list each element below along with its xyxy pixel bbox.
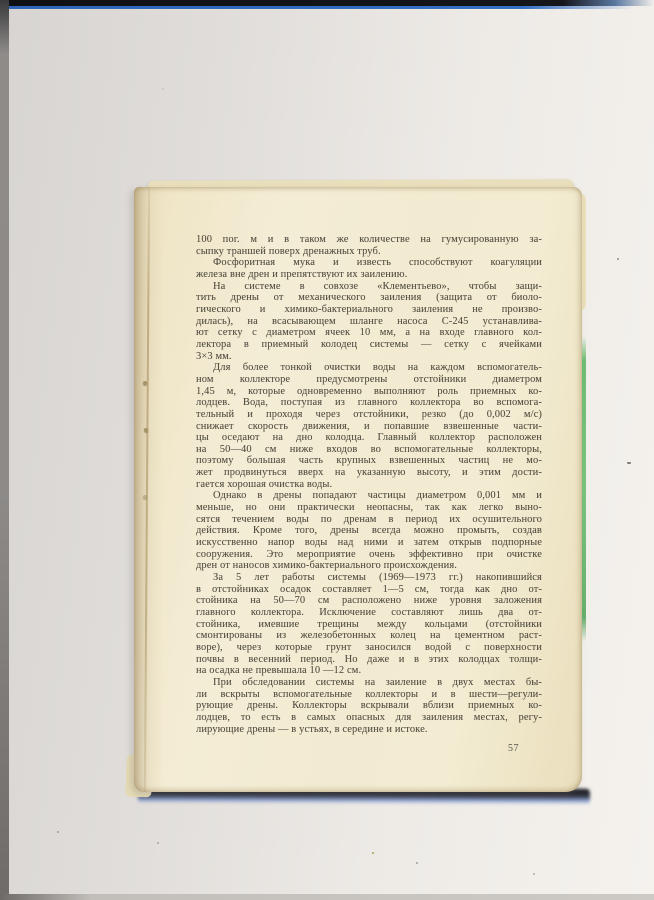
text-line: лодцев. Вода, поступая из главного колле… — [196, 397, 542, 409]
text-line: Фосфоритная мука и известь способствуют … — [196, 257, 542, 269]
dust-speck — [57, 831, 59, 833]
text-line: тельный и проходя через отстойники, резк… — [196, 409, 542, 421]
text-line: На системе в совхозе «Клементьево», чтоб… — [196, 281, 542, 293]
text-line: стойника на 50—70 см расположено ниже ур… — [196, 595, 542, 607]
text-line: смонтированы из железобетонных колец на … — [196, 630, 542, 642]
text-line: жет продвинуться вверх на указанную высо… — [196, 467, 542, 479]
text-line: За 5 лет работы системы (1969—1973 гг.) … — [196, 572, 542, 584]
text-line: 100 пог. м и в таком же количестве на гу… — [196, 234, 542, 246]
text-line: главного коллектора. Исключение составля… — [196, 607, 542, 619]
text-line: воре), через которые грунт заносился вод… — [196, 642, 542, 654]
text-line: лектора в приемный колодец системы — сет… — [196, 339, 542, 351]
binding-stitch — [143, 381, 147, 385]
dust-speck — [157, 842, 159, 844]
binding-stitch — [144, 428, 148, 432]
text-line: Для более тонкой очистки воды на каждом … — [196, 362, 542, 374]
text-line: действия. Кроме того, дрены всегда можно… — [196, 525, 542, 537]
scan-bottom-edge-strip — [0, 894, 654, 900]
text-line: 3×3 мм. — [196, 351, 542, 363]
text-line: рующие дрены. Коллекторы вскрывали вблиз… — [196, 700, 542, 712]
page-text-block: 100 пог. м и в таком же количестве на гу… — [196, 234, 542, 735]
text-line: гического и химико-бактериального заилен… — [196, 304, 542, 316]
text-line: цы оседают на дно колодца. Главный колле… — [196, 432, 542, 444]
text-line: дрен от наносов химико-бактериального пр… — [196, 560, 542, 572]
scan-left-edge-strip — [0, 0, 9, 900]
book-page: 100 пог. м и в таком же количестве на гу… — [134, 187, 582, 792]
text-line: снижает скорость движения, и попавшие вз… — [196, 421, 542, 433]
scan-top-edge-blue-line — [0, 6, 654, 9]
text-line: лирующие дрены — в устьях, в середине и … — [196, 724, 542, 736]
text-line: ют сетку с диаметром ячеек 10 мм, а на в… — [196, 327, 542, 339]
text-line: ном коллекторе предусмотрены отстойники … — [196, 374, 542, 386]
text-line: гается хорошая очистка воды. — [196, 479, 542, 491]
text-line: меньше, но они практически неопасны, так… — [196, 502, 542, 514]
text-line: тить дрены от механического заиления (за… — [196, 292, 542, 304]
text-line: Однако в дрены попадают частицы диаметро… — [196, 490, 542, 502]
text-line: железа вне дрен и препятствуют их заилен… — [196, 269, 542, 281]
scanned-book-photo: 100 пог. м и в таком же количестве на гу… — [0, 0, 654, 900]
text-line: дилась), на всасывающем шланге насоса С-… — [196, 316, 542, 328]
text-line: почвы в весенний период. Но даже и в эти… — [196, 654, 542, 666]
text-line: лодцев, то есть в самых опасных для заил… — [196, 712, 542, 724]
dust-speck — [533, 873, 535, 875]
page-number: 57 — [508, 743, 519, 754]
dust-speck — [372, 852, 374, 854]
text-line: в отстойниках осадок составляет 1—5 см, … — [196, 584, 542, 596]
dust-speck — [162, 88, 164, 90]
text-line: ли вскрыты вспомогательные коллекторы и … — [196, 689, 542, 701]
text-line: искусственно напор воды над ними и затем… — [196, 537, 542, 549]
binding-stitch — [143, 495, 147, 499]
text-line: стойника, имевшие трещины между кольцами… — [196, 619, 542, 631]
text-line: на 50—40 см ниже входов во вспомогательн… — [196, 444, 542, 456]
text-line: При обследовании системы на заиление в д… — [196, 677, 542, 689]
dust-speck — [617, 258, 619, 260]
text-line: 1,45 м, которые одновременно выполняют р… — [196, 386, 542, 398]
text-line: поэтому большая часть крупных взвешенных… — [196, 455, 542, 467]
text-line: сятся течением воды по дренам в период и… — [196, 514, 542, 526]
dust-speck — [416, 862, 418, 864]
text-line: сооружения. Это мероприятие очень эффект… — [196, 549, 542, 561]
text-line: на осадка не превышала 10 —12 см. — [196, 665, 542, 677]
dust-speck — [627, 462, 631, 464]
text-line: сыпку траншей поверх дренажных труб. — [196, 246, 542, 258]
